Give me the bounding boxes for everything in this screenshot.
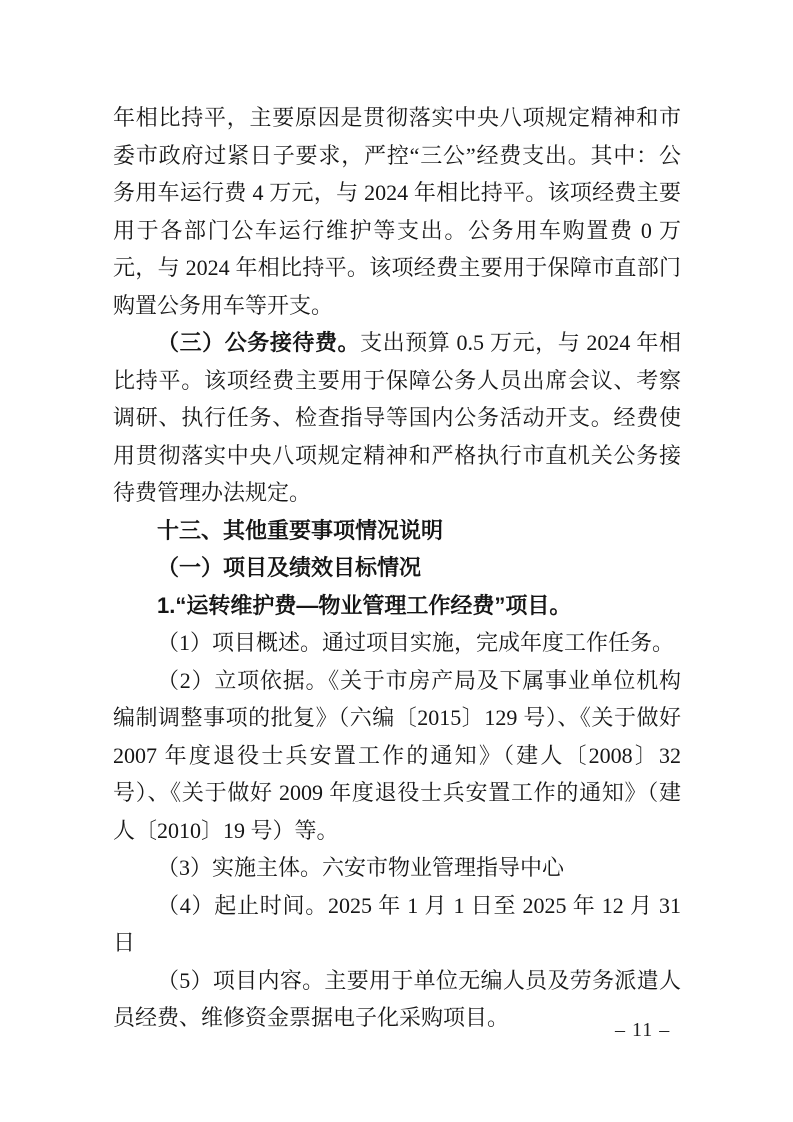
paragraph-reception-fee-body: 支出预算 0.5 万元，与 2024 年相比持平。该项经费主要用于保障公务人员出… <box>113 330 681 505</box>
paragraph-item-3-implementing-entity: （3）实施主体。六安市物业管理指导中心 <box>113 849 681 887</box>
page-number: – 11 – <box>615 1018 670 1042</box>
page-body-text: 年相比持平，主要原因是贯彻落实中央八项规定精神和市委市政府过紧日子要求，严控“三… <box>113 99 681 1037</box>
heading-sub-1-project-performance-targets: （一）项目及绩效目标情况 <box>113 549 681 587</box>
heading-project-1-operation-maintenance-fee: 1.“运转维护费—物业管理工作经费”项目。 <box>113 587 681 625</box>
heading-section-13-other-important-matters: 十三、其他重要事项情况说明 <box>113 512 681 550</box>
paragraph-item-4-start-end-time: （4）起止时间。2025 年 1 月 1 日至 2025 年 12 月 31 日 <box>113 887 681 962</box>
paragraph-lead-reception-fee-title: （三）公务接待费。 <box>157 330 360 355</box>
document-page: 年相比持平，主要原因是贯彻落实中央八项规定精神和市委市政府过紧日子要求，严控“三… <box>0 0 793 1122</box>
paragraph-item-1-project-overview: （1）项目概述。通过项目实施，完成年度工作任务。 <box>113 624 681 662</box>
paragraph-official-reception-fee: （三）公务接待费。支出预算 0.5 万元，与 2024 年相比持平。该项经费主要… <box>113 324 681 512</box>
paragraph-item-2-project-basis: （2）立项依据。《关于市房产局及下属事业单位机构编制调整事项的批复》（六编〔20… <box>113 662 681 850</box>
paragraph-three-public-funds-vehicle: 年相比持平，主要原因是贯彻落实中央八项规定精神和市委市政府过紧日子要求，严控“三… <box>113 99 681 324</box>
paragraph-item-5-project-content: （5）项目内容。主要用于单位无编人员及劳务派遣人员经费、维修资金票据电子化采购项… <box>113 962 681 1037</box>
